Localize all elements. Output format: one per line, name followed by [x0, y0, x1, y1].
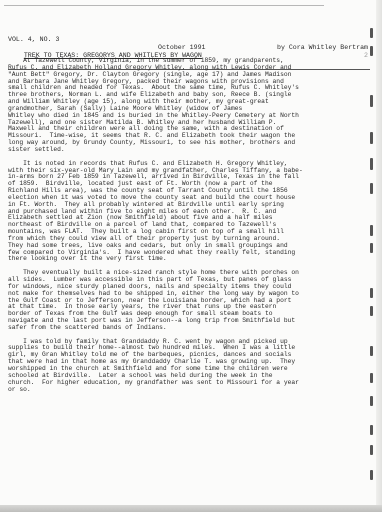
binder-mark — [370, 95, 373, 107]
paragraph-4: I was told by family that Granddaddy R. … — [8, 339, 370, 394]
binder-mark — [370, 225, 373, 236]
binder-mark — [370, 183, 373, 194]
binder-mark — [370, 445, 373, 455]
binder-mark — [370, 28, 373, 38]
binder-mark — [370, 46, 373, 56]
scanned-page: VOL. 4, NO. 3 October 1991 2 TREK TO TEX… — [0, 0, 382, 512]
binder-mark — [370, 373, 373, 383]
paragraph-1: At Tazewell County, Virginia, in the sum… — [8, 58, 370, 154]
binder-mark — [370, 425, 373, 435]
binder-mark — [370, 306, 373, 316]
article-byline: by Cora Whitley Bertram — [277, 44, 368, 52]
paragraph-2: It is noted in records that Rufus C. and… — [8, 161, 370, 264]
binder-mark — [370, 470, 373, 480]
binder-mark — [370, 158, 373, 170]
page-top-edge — [4, 5, 324, 6]
page-right-edge — [376, 0, 382, 512]
article-body: At Tazewell County, Virginia, in the sum… — [8, 58, 370, 400]
binder-mark — [370, 288, 373, 298]
binder-mark — [370, 132, 373, 144]
paragraph-3: They eventually built a nice-sized ranch… — [8, 270, 370, 332]
page-bottom-edge — [0, 505, 382, 512]
binder-mark — [370, 346, 373, 356]
volume-issue: VOL. 4, NO. 3 — [8, 36, 59, 44]
binder-mark — [370, 243, 373, 253]
binder-mark — [370, 396, 373, 406]
